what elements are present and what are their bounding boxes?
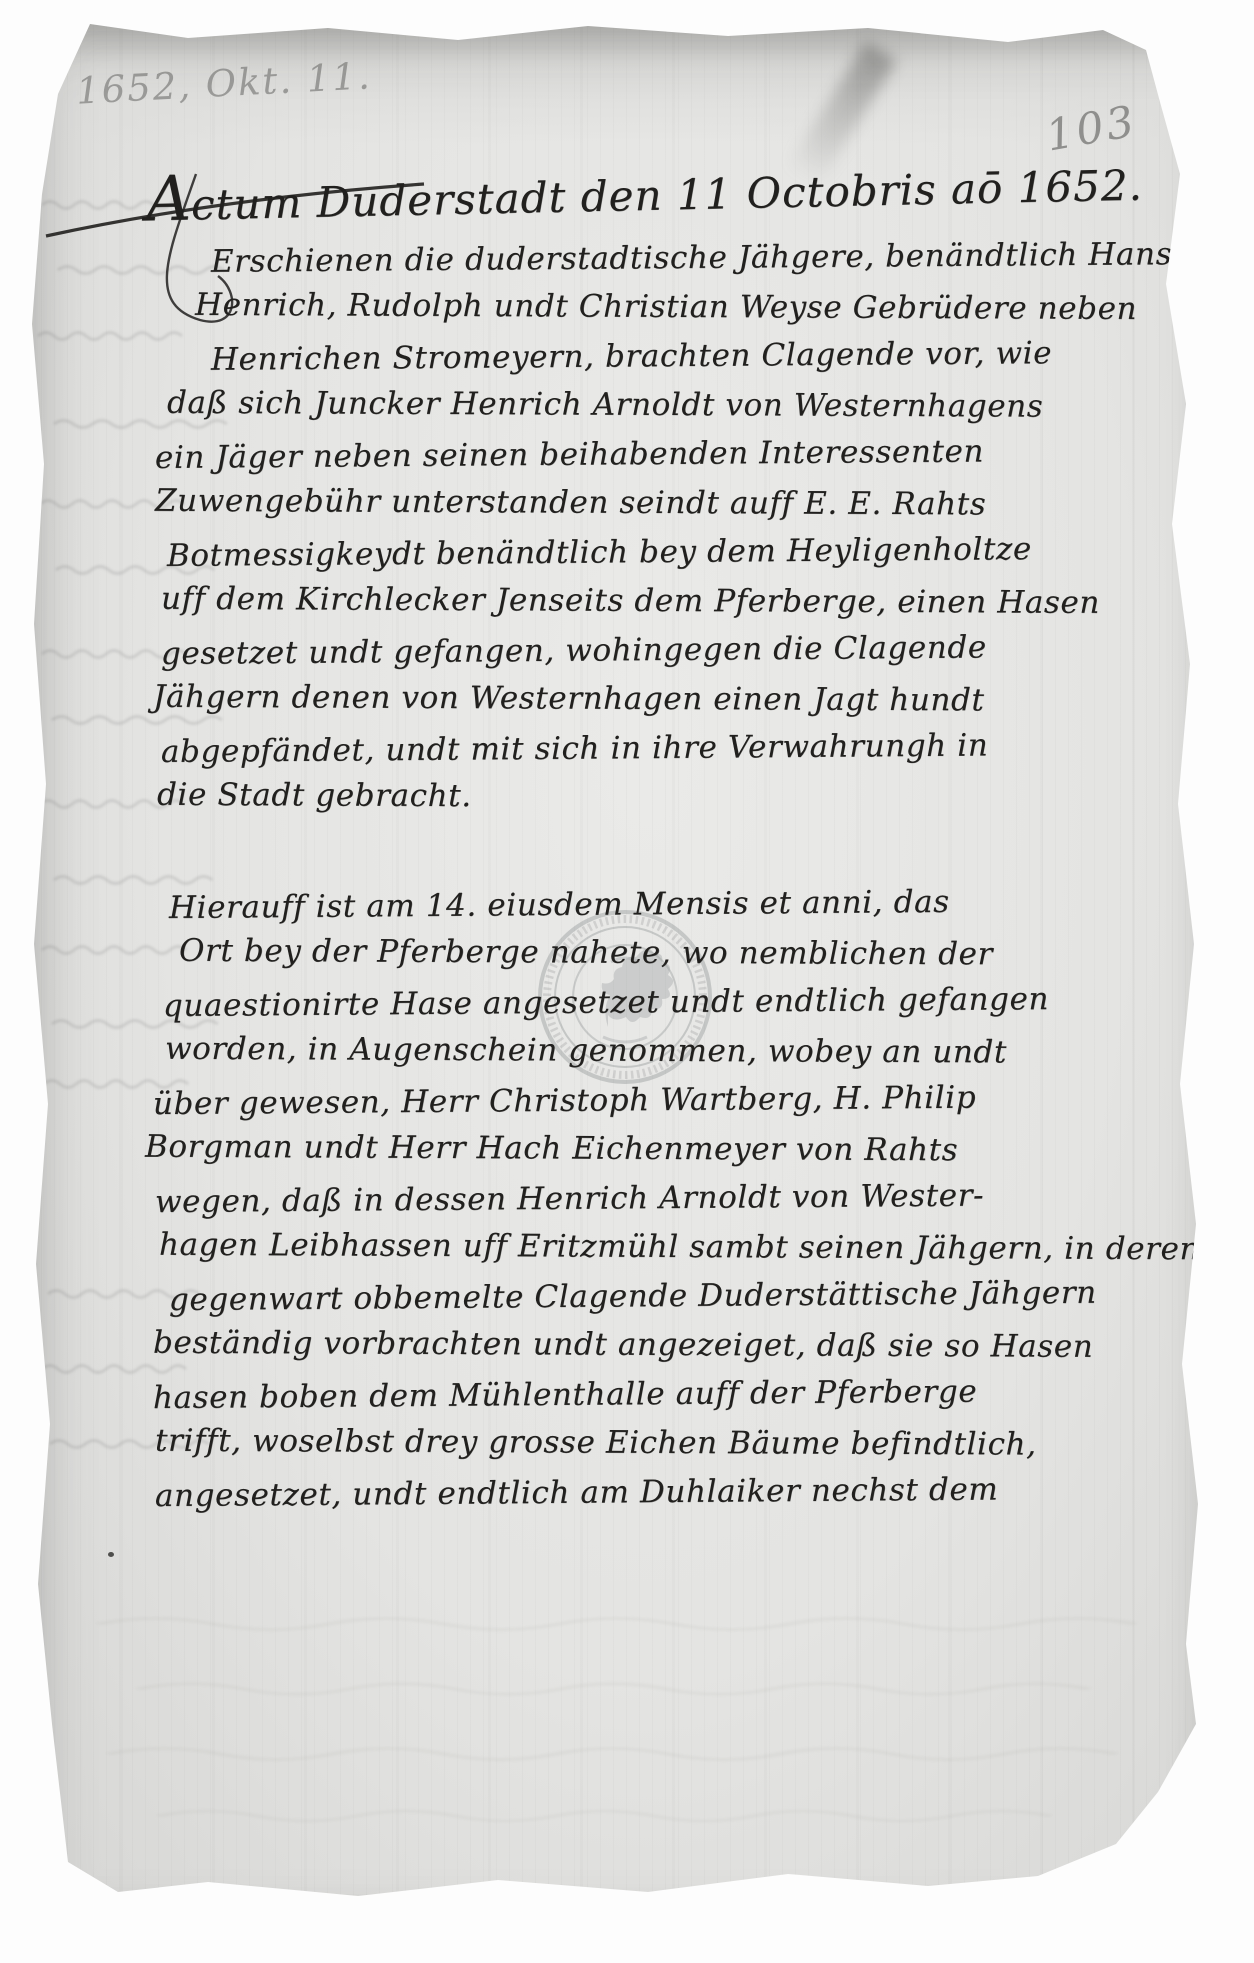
text-line: über gewesen, Herr Christoph Wartberg, H… bbox=[153, 1078, 1200, 1135]
text-line: angesetzet, undt endtlich am Duhlaiker n… bbox=[155, 1470, 1200, 1527]
text-line: die Stadt gebracht. bbox=[157, 777, 1172, 830]
manuscript-page: 1652, Okt. 11. 103 Actum Duderstadt den … bbox=[28, 24, 1218, 1924]
text-line: gesetzet undt gefangen, wohingegen die C… bbox=[161, 628, 1173, 685]
text-line: Ort bey der Pferberge nahete, wo nemblic… bbox=[179, 933, 1200, 986]
text-line: beständig vorbrachten undt angezeiget, d… bbox=[153, 1325, 1200, 1379]
text-line: Hierauff ist am 14. eiusdem Mensis et an… bbox=[169, 882, 1200, 939]
text-line: daß sich Juncker Henrich Arnoldt von Wes… bbox=[167, 385, 1172, 438]
scan-background: 1652, Okt. 11. 103 Actum Duderstadt den … bbox=[0, 0, 1254, 1963]
text-line: trifft, woselbst drey grosse Eichen Bäum… bbox=[155, 1423, 1200, 1477]
text-line: uff dem Kirchlecker Jenseits dem Pferber… bbox=[161, 581, 1172, 634]
text-line: hagen Leibhassen uff Eritzmühl sambt sei… bbox=[159, 1227, 1200, 1281]
text-line: hasen boben dem Mühlenthalle auff der Pf… bbox=[153, 1372, 1200, 1429]
paragraph-2: Hierauff ist am 14. eiusdem Mensis et an… bbox=[153, 886, 1200, 1523]
text-line: abgepfändet, undt mit sich in ihre Verwa… bbox=[161, 726, 1173, 783]
text-line: ein Jäger neben seinen beihabenden Inter… bbox=[155, 432, 1173, 489]
text-line: worden, in Augenschein genommen, wobey a… bbox=[165, 1031, 1200, 1085]
text-line: Jähgern denen von Westernhagen einen Jag… bbox=[153, 679, 1172, 732]
text-line: Henrich, Rudolph undt Christian Weyse Ge… bbox=[195, 287, 1172, 340]
paragraph-1: Erschienen die duderstadtische Jähgere, … bbox=[153, 240, 1172, 828]
text-line: Borgman undt Herr Hach Eichenmeyer von R… bbox=[145, 1129, 1200, 1183]
text-line: Botmessigkeydt benändtlich bey dem Heyli… bbox=[167, 530, 1173, 587]
text-line: wegen, daß in dessen Henrich Arnoldt von… bbox=[155, 1176, 1200, 1233]
text-line: gegenwart obbemelte Clagende Duderstätti… bbox=[169, 1274, 1200, 1331]
ink-dot bbox=[108, 1552, 114, 1557]
text-line: Erschienen die duderstadtische Jähgere, … bbox=[211, 236, 1173, 293]
text-line: Henrichen Stromeyern, brachten Clagende … bbox=[211, 334, 1173, 391]
text-line: quaestionirte Hase angesetzet undt endtl… bbox=[163, 980, 1200, 1037]
text-line: Zuwengebühr unterstanden seindt auff E. … bbox=[155, 483, 1172, 536]
